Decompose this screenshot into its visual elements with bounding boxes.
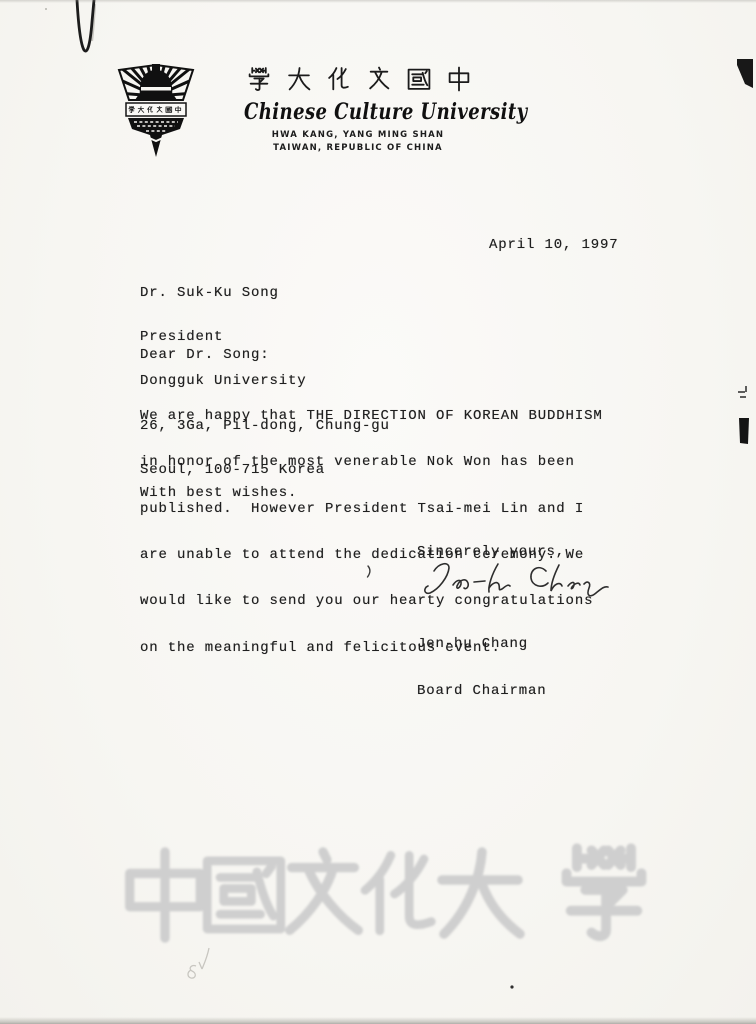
scanned-letter-page: Chinese Culture University HWA KANG, YAN… (0, 0, 756, 1024)
edge-artifact-marks (738, 386, 746, 397)
edge-artifact-top (737, 59, 753, 88)
scan-artifacts-overlay (0, 0, 756, 1024)
ink-speck (510, 985, 513, 988)
dust-speck (45, 8, 47, 10)
bottom-edge-shadow (0, 1017, 756, 1024)
staple-mark (77, 0, 95, 51)
top-edge-shadow (0, 0, 756, 3)
edge-artifact-bar (739, 418, 749, 444)
pencil-marks (188, 948, 209, 978)
